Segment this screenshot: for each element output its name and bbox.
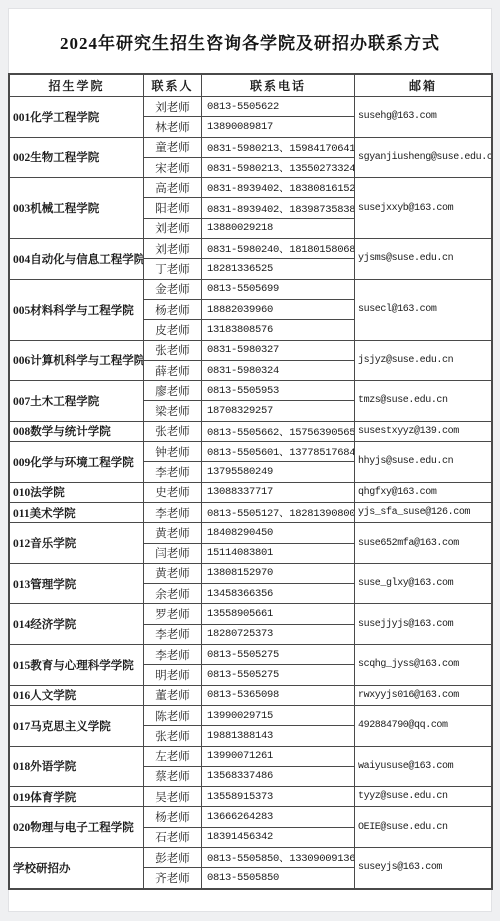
contact-name-cell: 李老师 — [144, 462, 202, 482]
college-cell: 004自动化与信息工程学院 — [9, 239, 144, 280]
contact-name-cell: 刘老师 — [144, 218, 202, 238]
table-row: 011美术学院李老师0813-5505127、18281390800yjs_sf… — [9, 502, 492, 522]
college-cell: 017马克思主义学院 — [9, 705, 144, 746]
table-row: 018外语学院左老师13990071261waiyususe@163.com — [9, 746, 492, 766]
email-cell: tyyz@suse.edu.cn — [355, 787, 493, 807]
table-row: 005材料科学与工程学院金老师0813-5505699susecl@163.co… — [9, 279, 492, 299]
document-card: 2024年研究生招生咨询各学院及研招办联系方式 招生学院联系人联系电话邮箱 00… — [8, 8, 492, 912]
phone-cell: 0831-5980327 — [202, 340, 355, 360]
email-cell: susestxyyz@139.com — [355, 421, 493, 441]
contact-name-cell: 张老师 — [144, 421, 202, 441]
phone-cell: 0813-5505953 — [202, 381, 355, 401]
phone-cell: 0813-5505601、13778517684 — [202, 442, 355, 462]
contact-name-cell: 史老师 — [144, 482, 202, 502]
phone-cell: 0813-5505127、18281390800 — [202, 502, 355, 522]
table-row: 019体育学院吴老师13558915373tyyz@suse.edu.cn — [9, 787, 492, 807]
college-cell: 008数学与统计学院 — [9, 421, 144, 441]
college-cell: 002生物工程学院 — [9, 137, 144, 178]
college-cell: 013管理学院 — [9, 563, 144, 604]
contact-name-cell: 廖老师 — [144, 381, 202, 401]
email-cell: 492884790@qq.com — [355, 705, 493, 746]
phone-cell: 19881388143 — [202, 726, 355, 746]
contact-name-cell: 杨老师 — [144, 807, 202, 827]
table-row: 017马克思主义学院陈老师13990029715492884790@qq.com — [9, 705, 492, 725]
column-header-phone: 联系电话 — [202, 74, 355, 97]
table-row: 001化学工程学院刘老师0813-5505622susehg@163.com — [9, 97, 492, 117]
email-cell: suse_glxy@163.com — [355, 563, 493, 604]
phone-cell: 13558915373 — [202, 787, 355, 807]
contact-name-cell: 钟老师 — [144, 442, 202, 462]
phone-cell: 18882039960 — [202, 299, 355, 319]
phone-cell: 18280725373 — [202, 624, 355, 644]
college-cell: 019体育学院 — [9, 787, 144, 807]
phone-cell: 13795580249 — [202, 462, 355, 482]
phone-cell: 0831-5980213、13550273324 — [202, 157, 355, 177]
email-cell: waiyususe@163.com — [355, 746, 493, 787]
email-cell: rwxyyjs016@163.com — [355, 685, 493, 705]
table-row: 020物理与电子工程学院杨老师13666264283OEIE@suse.edu.… — [9, 807, 492, 827]
phone-cell: 13880029218 — [202, 218, 355, 238]
phone-cell: 18708329257 — [202, 401, 355, 421]
contact-name-cell: 林老师 — [144, 117, 202, 137]
contact-name-cell: 石老师 — [144, 827, 202, 847]
contact-name-cell: 阳老师 — [144, 198, 202, 218]
table-row: 003机械工程学院高老师0831-8939402、18380816152suse… — [9, 178, 492, 198]
contact-name-cell: 明老师 — [144, 665, 202, 685]
contact-name-cell: 童老师 — [144, 137, 202, 157]
contact-name-cell: 宋老师 — [144, 157, 202, 177]
phone-cell: 13568337486 — [202, 766, 355, 786]
phone-cell: 0813-5505699 — [202, 279, 355, 299]
contact-name-cell: 罗老师 — [144, 604, 202, 624]
phone-cell: 0831-8939402、18398735838 — [202, 198, 355, 218]
phone-cell: 0813-5505850、13309009136 — [202, 847, 355, 867]
page-title: 2024年研究生招生咨询各学院及研招办联系方式 — [9, 9, 491, 54]
contact-name-cell: 李老师 — [144, 502, 202, 522]
phone-cell: 13808152970 — [202, 563, 355, 583]
table-row: 009化学与环境工程学院钟老师0813-5505601、13778517684h… — [9, 442, 492, 462]
contact-name-cell: 杨老师 — [144, 299, 202, 319]
phone-cell: 13990071261 — [202, 746, 355, 766]
phone-cell: 0813-5505275 — [202, 645, 355, 665]
phone-cell: 0813-5365098 — [202, 685, 355, 705]
phone-cell: 13183808576 — [202, 320, 355, 340]
contact-name-cell: 左老师 — [144, 746, 202, 766]
phone-cell: 0813-5505662、15756390565 — [202, 421, 355, 441]
table-row: 学校研招办彭老师0813-5505850、13309009136suseyjs@… — [9, 847, 492, 867]
column-header-email: 邮箱 — [355, 74, 493, 97]
email-cell: susehg@163.com — [355, 97, 493, 138]
phone-cell: 13890089817 — [202, 117, 355, 137]
table-row: 012音乐学院黄老师18408290450suse652mfa@163.com — [9, 523, 492, 543]
contact-name-cell: 梁老师 — [144, 401, 202, 421]
contact-name-cell: 高老师 — [144, 178, 202, 198]
table-row: 013管理学院黄老师13808152970suse_glxy@163.com — [9, 563, 492, 583]
college-cell: 007土木工程学院 — [9, 381, 144, 422]
contact-name-cell: 丁老师 — [144, 259, 202, 279]
college-cell: 006计算机科学与工程学院 — [9, 340, 144, 381]
phone-cell: 15114083801 — [202, 543, 355, 563]
college-cell: 011美术学院 — [9, 502, 144, 522]
contact-name-cell: 黄老师 — [144, 563, 202, 583]
contact-name-cell: 吴老师 — [144, 787, 202, 807]
phone-cell: 0813-5505622 — [202, 97, 355, 117]
email-cell: hhyjs@suse.edu.cn — [355, 442, 493, 483]
college-cell: 003机械工程学院 — [9, 178, 144, 239]
college-cell: 020物理与电子工程学院 — [9, 807, 144, 848]
table-row: 014经济学院罗老师13558905661susejjyjs@163.com — [9, 604, 492, 624]
phone-cell: 13990029715 — [202, 705, 355, 725]
contact-name-cell: 薛老师 — [144, 360, 202, 380]
contact-name-cell: 董老师 — [144, 685, 202, 705]
college-cell: 014经济学院 — [9, 604, 144, 645]
college-cell: 学校研招办 — [9, 847, 144, 888]
table-header: 招生学院联系人联系电话邮箱 — [9, 74, 492, 97]
contact-name-cell: 刘老师 — [144, 239, 202, 259]
phone-cell: 18408290450 — [202, 523, 355, 543]
contact-table: 招生学院联系人联系电话邮箱 001化学工程学院刘老师0813-5505622su… — [8, 73, 493, 890]
contact-name-cell: 齐老师 — [144, 868, 202, 889]
contact-name-cell: 陈老师 — [144, 705, 202, 725]
phone-cell: 0831-8939402、18380816152 — [202, 178, 355, 198]
table-row: 004自动化与信息工程学院刘老师0831-5980240、18180158068… — [9, 239, 492, 259]
college-cell: 012音乐学院 — [9, 523, 144, 564]
table-row: 015教育与心理科学学院李老师0813-5505275scqhg_jyss@16… — [9, 645, 492, 665]
table-row: 006计算机科学与工程学院张老师0831-5980327jsjyz@suse.e… — [9, 340, 492, 360]
phone-cell: 13088337717 — [202, 482, 355, 502]
college-cell: 018外语学院 — [9, 746, 144, 787]
contact-name-cell: 彭老师 — [144, 847, 202, 867]
contact-name-cell: 黄老师 — [144, 523, 202, 543]
college-cell: 001化学工程学院 — [9, 97, 144, 138]
email-cell: yjs_sfa_suse@126.com — [355, 502, 493, 522]
contact-name-cell: 李老师 — [144, 624, 202, 644]
phone-cell: 0813-5505850 — [202, 868, 355, 889]
contact-name-cell: 刘老师 — [144, 97, 202, 117]
phone-cell: 0813-5505275 — [202, 665, 355, 685]
column-header-contact: 联系人 — [144, 74, 202, 97]
email-cell: sgyanjiusheng@suse.edu.cn — [355, 137, 493, 178]
contact-name-cell: 皮老师 — [144, 320, 202, 340]
contact-name-cell: 闫老师 — [144, 543, 202, 563]
phone-cell: 0831-5980324 — [202, 360, 355, 380]
contact-name-cell: 李老师 — [144, 645, 202, 665]
contact-name-cell: 余老师 — [144, 584, 202, 604]
email-cell: tmzs@suse.edu.cn — [355, 381, 493, 422]
college-cell: 010法学院 — [9, 482, 144, 502]
college-cell: 016人文学院 — [9, 685, 144, 705]
table-row: 008数学与统计学院张老师0813-5505662、15756390565sus… — [9, 421, 492, 441]
contact-name-cell: 张老师 — [144, 726, 202, 746]
contact-name-cell: 蔡老师 — [144, 766, 202, 786]
column-header-college: 招生学院 — [9, 74, 144, 97]
header-row: 招生学院联系人联系电话邮箱 — [9, 74, 492, 97]
email-cell: susejjyjs@163.com — [355, 604, 493, 645]
contact-name-cell: 张老师 — [144, 340, 202, 360]
phone-cell: 18391456342 — [202, 827, 355, 847]
phone-cell: 0831-5980240、18180158068 — [202, 239, 355, 259]
phone-cell: 13558905661 — [202, 604, 355, 624]
phone-cell: 13458366356 — [202, 584, 355, 604]
table-row: 002生物工程学院童老师0831-5980213、15984170641sgya… — [9, 137, 492, 157]
email-cell: jsjyz@suse.edu.cn — [355, 340, 493, 381]
email-cell: qhgfxy@163.com — [355, 482, 493, 502]
phone-cell: 13666264283 — [202, 807, 355, 827]
email-cell: OEIE@suse.edu.cn — [355, 807, 493, 848]
email-cell: susecl@163.com — [355, 279, 493, 340]
email-cell: yjsms@suse.edu.cn — [355, 239, 493, 280]
email-cell: susejxxyb@163.com — [355, 178, 493, 239]
college-cell: 009化学与环境工程学院 — [9, 442, 144, 483]
email-cell: scqhg_jyss@163.com — [355, 645, 493, 686]
table-body: 001化学工程学院刘老师0813-5505622susehg@163.com林老… — [9, 97, 492, 889]
college-cell: 015教育与心理科学学院 — [9, 645, 144, 686]
email-cell: suseyjs@163.com — [355, 847, 493, 888]
table-row: 016人文学院董老师0813-5365098rwxyyjs016@163.com — [9, 685, 492, 705]
phone-cell: 0831-5980213、15984170641 — [202, 137, 355, 157]
email-cell: suse652mfa@163.com — [355, 523, 493, 564]
table-row: 010法学院史老师13088337717qhgfxy@163.com — [9, 482, 492, 502]
contact-name-cell: 金老师 — [144, 279, 202, 299]
college-cell: 005材料科学与工程学院 — [9, 279, 144, 340]
table-row: 007土木工程学院廖老师0813-5505953tmzs@suse.edu.cn — [9, 381, 492, 401]
phone-cell: 18281336525 — [202, 259, 355, 279]
